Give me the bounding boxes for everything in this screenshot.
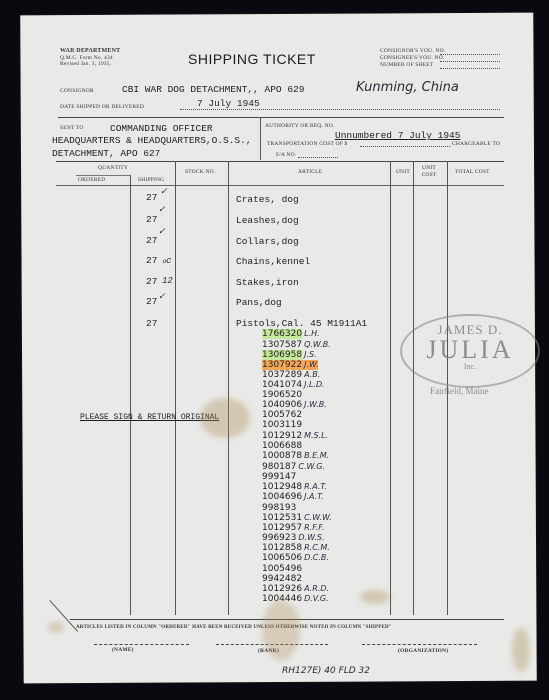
recipient-initials: D.C.B. <box>304 553 329 562</box>
article-item: Collars,dog <box>236 236 299 247</box>
serial-number: 1037289 <box>262 370 302 380</box>
page-title: SHIPPING TICKET <box>188 51 316 67</box>
form-revised: Revised Jan. 3, 1935. <box>60 61 111 67</box>
department-label: WAR DEPARTMENT <box>60 48 120 54</box>
transport-cost-label: TRANSPORTATION COST OF $ <box>267 141 347 147</box>
serial-number: 1012912 <box>262 431 302 441</box>
bottom-handwritten-note: RH127E) 40 FLD 32 <box>282 666 370 676</box>
serial-number-row: 1012926A.R.D. <box>262 584 329 594</box>
organization-label: (ORGANIZATION) <box>398 648 448 654</box>
serial-number: 1766320 <box>262 329 302 339</box>
total-cost-header: TOTAL COST <box>455 169 490 175</box>
sent-to-line-2: HEADQUARTERS & HEADQUARTERS,O.S.S., <box>52 135 252 146</box>
recipient-initials: C.W.G. <box>298 462 325 471</box>
serial-number: 1012957 <box>262 523 302 533</box>
check-mark: ✓ <box>158 227 166 237</box>
serial-number-row: 1012912M.S.L. <box>262 431 328 441</box>
stain <box>262 600 300 660</box>
serial-number: 1006688 <box>262 441 302 451</box>
serial-number: 1040906 <box>262 400 302 410</box>
stain <box>200 398 250 438</box>
article-item: Crates, dog <box>236 194 299 205</box>
transport-cost-field <box>360 146 450 147</box>
recipient-initials: A.R.D. <box>304 584 329 593</box>
number-of-sheet-field <box>440 68 500 69</box>
date-shipped-line <box>180 109 500 110</box>
article-header: ARTICLE <box>298 169 322 175</box>
serial-number-row: 1906520 <box>262 390 304 400</box>
serial-number: 1003119 <box>262 420 302 430</box>
serial-number-row: 1041074J.L.D. <box>262 380 325 390</box>
shipping-qty: 27 <box>146 255 157 266</box>
serial-number-row: 9942482 <box>262 574 304 584</box>
fa-no-label: F/A NO. <box>276 152 296 158</box>
divider <box>56 161 504 162</box>
recipient-initials: R.A.T. <box>304 482 327 491</box>
consignees-voucher-field <box>440 61 500 62</box>
serial-number: 980187 <box>262 462 296 472</box>
serial-number-row: 999147 <box>262 472 298 482</box>
serial-number: 1005496 <box>262 564 302 574</box>
serial-number: 996923 <box>262 533 296 543</box>
column-divider <box>413 161 414 615</box>
divider <box>56 185 504 186</box>
serial-number: 999147 <box>262 472 296 482</box>
serial-number: 1000878 <box>262 451 302 461</box>
consignor-value: CBI WAR DOG DETACHMENT,, APO 629 <box>122 84 304 95</box>
serial-number-row: 1037289A.B. <box>262 370 320 380</box>
serial-number: 1004696 <box>262 492 302 502</box>
serial-number-row: 1012948R.A.T. <box>262 482 327 492</box>
serial-number-row: 1012957R.F.F. <box>262 523 324 533</box>
serial-number: 1012926 <box>262 584 302 594</box>
stain <box>360 590 390 604</box>
recipient-initials: M.S.L. <box>304 431 328 440</box>
serial-number-row: 1005762 <box>262 410 304 420</box>
serial-number: 9942482 <box>262 574 302 584</box>
consignors-voucher-field <box>440 54 500 55</box>
authority-label: AUTHORITY OR REQ. NO. <box>265 123 335 129</box>
recipient-initials: J.S. <box>304 350 317 359</box>
shipping-qty: 27 <box>146 318 157 329</box>
unit-cost-header: UNIT COST <box>418 165 440 179</box>
please-sign-note: PLEASE SIGN & RETURN ORIGINAL <box>80 413 219 422</box>
serial-number: 1006506 <box>262 553 302 563</box>
serial-number: 1307587 <box>262 340 302 350</box>
recipient-initials: B.E.M. <box>304 451 329 460</box>
auction-house-watermark: JAMES D. JULIA Inc. Fairfield, Maine <box>400 314 540 388</box>
shipping-qty: 27 <box>146 296 157 307</box>
watermark-line-4: Fairfield, Maine <box>430 386 488 396</box>
name-signature-line <box>94 644 189 645</box>
quantity-header: QUANTITY <box>98 165 128 171</box>
recipient-initials: L.H. <box>304 329 320 338</box>
shipping-qty: 27 <box>146 235 157 246</box>
divider <box>260 117 261 160</box>
shipping-qty: 27 <box>146 214 157 225</box>
recipient-initials: Q.W.B. <box>304 340 331 349</box>
serial-number-row: 1307587Q.W.B. <box>262 340 331 350</box>
recipient-initials: J.W. <box>304 360 319 369</box>
ordered-header: ORDERED <box>78 177 105 183</box>
check-mark: ✓ <box>158 292 166 302</box>
shipping-qty: 27 <box>146 276 157 287</box>
serial-number-row: 1004696J.A.T. <box>262 492 324 502</box>
organization-signature-line <box>362 644 477 645</box>
column-divider <box>228 161 229 615</box>
serial-number-row: 1040906J.W.B. <box>262 400 327 410</box>
shipping-qty: 27 <box>146 192 157 203</box>
serial-number-row: 996923D.W.S. <box>262 533 324 543</box>
check-mark: ✓ <box>160 187 168 197</box>
serial-number-row: 1766320L.H. <box>262 329 320 339</box>
serial-number-row: 1003119 <box>262 420 304 430</box>
consignors-voucher-label: Consignor's Vou. No. <box>380 48 445 54</box>
serial-number-row: 1005496 <box>262 564 304 574</box>
divider <box>58 117 504 118</box>
serial-number-row: 1012858R.C.M. <box>262 543 330 553</box>
recipient-initials: J.W.B. <box>304 400 327 409</box>
article-item: Leashes,dog <box>236 215 299 226</box>
check-mark: 12 <box>162 276 173 286</box>
column-divider <box>390 161 391 615</box>
recipient-initials: J.A.T. <box>304 492 324 501</box>
stain <box>512 628 530 672</box>
serial-number-row: 998193 <box>262 503 298 513</box>
watermark-line-3: Inc. <box>402 362 538 371</box>
sent-to-line-3: DETACHMENT, APO 627 <box>52 148 160 159</box>
date-shipped-value: 7 July 1945 <box>197 98 260 109</box>
stock-no-header: STOCK NO. <box>185 169 215 175</box>
serial-number-row: 1000878B.E.M. <box>262 451 329 461</box>
sent-to-label: SENT TO <box>60 125 84 131</box>
article-item: Chains,kennel <box>236 256 310 267</box>
check-mark: ✓ <box>158 205 166 215</box>
receipt-statement: ARTICLES LISTED IN COLUMN "ORDERED" HAVE… <box>76 625 392 630</box>
recipient-initials: D.V.G. <box>304 594 329 603</box>
column-divider <box>130 175 131 615</box>
sent-to-line-1: COMMANDING OFFICER <box>110 123 213 134</box>
serial-number: 998193 <box>262 503 296 513</box>
recipient-initials: J.L.D. <box>304 380 325 389</box>
consignees-voucher-label: Consignee's Vou. No. <box>380 55 444 61</box>
divider <box>76 175 130 176</box>
serial-number: 1012531 <box>262 513 302 523</box>
recipient-initials: D.W.S. <box>298 533 324 542</box>
authority-value: Unnumbered 7 July 1945 <box>335 130 460 141</box>
serial-number: 1012948 <box>262 482 302 492</box>
recipient-initials: A.B. <box>304 370 320 379</box>
article-item: Stakes,iron <box>236 277 299 288</box>
consignor-label: CONSIGNOR <box>60 88 94 94</box>
watermark-line-2: JULIA <box>402 338 538 362</box>
column-divider <box>175 161 176 615</box>
name-label: (NAME) <box>112 647 134 653</box>
serial-number: 1306958 <box>262 350 302 360</box>
serial-number: 1041074 <box>262 380 302 390</box>
serial-number-row: 1307922J.W. <box>262 360 319 370</box>
serial-number-row: 980187C.W.G. <box>262 462 325 472</box>
article-item: Pistols,Cal. 45 M1911A1 <box>236 318 367 329</box>
unit-header: UNIT <box>396 169 410 175</box>
serial-number-row: 1006506D.C.B. <box>262 553 329 563</box>
recipient-initials: R.F.F. <box>304 523 324 532</box>
date-shipped-label: DATE SHIPPED OR DELIVERED <box>60 104 144 110</box>
recipient-initials: C.W.W. <box>304 513 332 522</box>
serial-number-row: 1012531C.W.W. <box>262 513 332 523</box>
serial-number-row: 1306958J.S. <box>262 350 317 360</box>
check-mark: ℴc <box>162 256 172 266</box>
chargeable-to-label: CHARGEABLE TO <box>452 141 500 147</box>
article-item: Pans,dog <box>236 297 282 308</box>
serial-number: 1012858 <box>262 543 302 553</box>
number-of-sheet-label: Number of Sheet <box>380 62 433 68</box>
shipping-header: SHIPPING <box>138 177 164 183</box>
fa-no-field <box>298 157 338 158</box>
consignor-handwritten-location: Kunming, China <box>356 80 459 95</box>
serial-number: 1906520 <box>262 390 302 400</box>
stain <box>48 622 64 632</box>
serial-number-row: 1006688 <box>262 441 304 451</box>
serial-number: 1005762 <box>262 410 302 420</box>
recipient-initials: R.C.M. <box>304 543 330 552</box>
